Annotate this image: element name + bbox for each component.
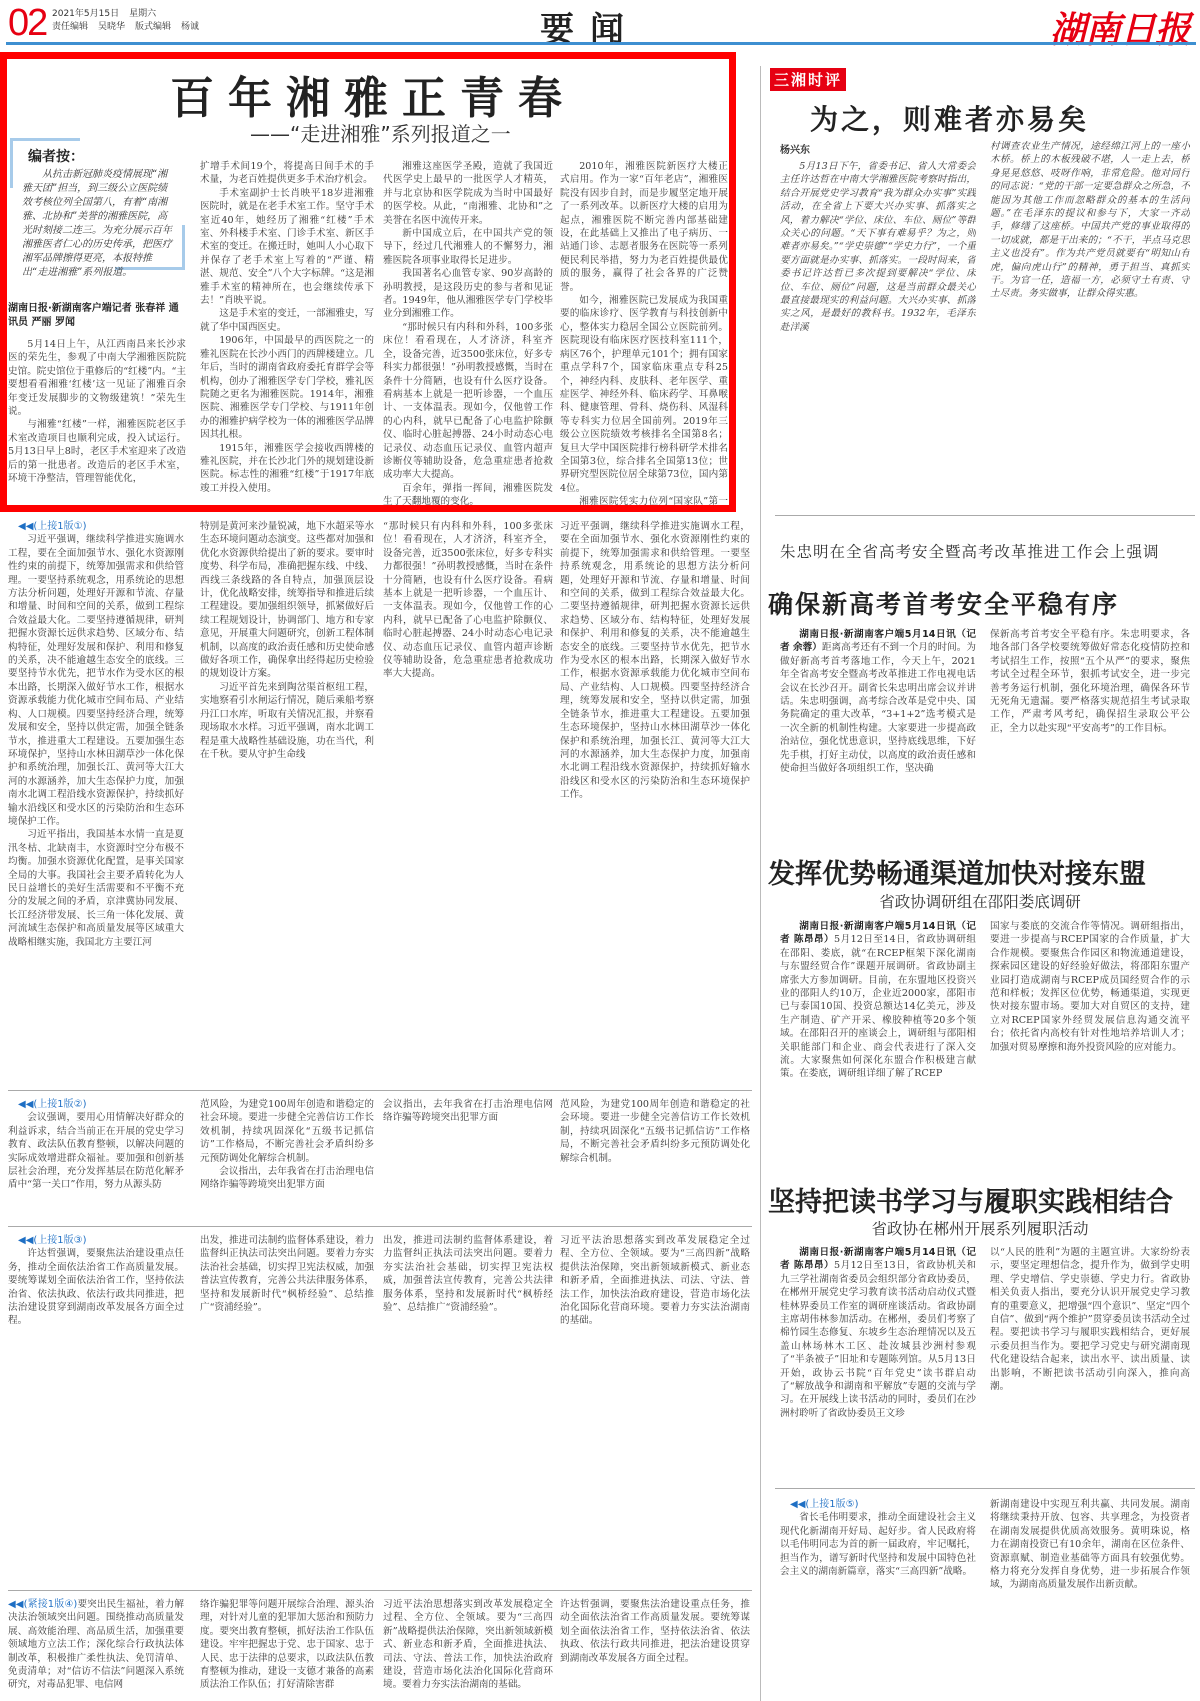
lead-column-2: 扩增手术间19个，将提高日间手术的手术量，为老百姓提供更多手术治疗机会。 手术室…: [200, 160, 374, 506]
news2-headline: 发挥优势畅通渠道加快对接东盟: [768, 852, 1146, 891]
lead-headline: 百年湘雅正青春: [170, 62, 576, 126]
masthead-logo: 湖南日报: [1050, 2, 1190, 53]
paragraph: 出发，推进司法制约监督体系建设，着力监督纠正执法司法突出问题。要着力夯实法治社会…: [383, 1234, 553, 1314]
lead-column-3: 湘雅这座医学圣殿，造就了我国近代医学史上最早的一批医学人才精英，并与北京协和医学…: [383, 160, 553, 506]
news1-column-1: 湖南日报·新湖南客户端5月14日讯（记者 余蓉）距离高考还有不到一个月的时间。为…: [780, 628, 976, 818]
news3-headline: 坚持把读书学习与履职实践相结合: [768, 1180, 1173, 1219]
divider: [8, 1590, 752, 1591]
article4-column-2: 络诈骗犯罪等问题开展综合治理、源头治理，对针对儿童的犯罪加大惩治和预防力度。要突…: [200, 1598, 374, 1701]
paragraph: 2010年，湘雅医院新医疗大楼正式启用。作为一家“百年老店”，湘雅医院没有因步自…: [560, 160, 728, 294]
news3-subheadline: 省政协在郴州开展系列履职活动: [760, 1217, 1200, 1239]
paragraph: 特别是黄河来沙量锐减，地下水超采等水生态环境问题动态演变。这些都对加强和优化水资…: [200, 520, 374, 681]
article1-column-1: ◀◀(上接1版①) 习近平强调，继续科学推进实施调水工程，要在全面加强节水、强化…: [8, 520, 184, 1072]
article3-column-1: ◀◀(上接1版③) 许达哲强调，要聚焦法治建设重点任务，推动全面依法治省工作高质…: [8, 1234, 184, 1584]
divider: [775, 1488, 1195, 1489]
news4-column-1: ◀◀(上接1版⑤) 省长毛伟明要求，推动全面建设社会主义现代化新湖南开好局、起好…: [780, 1498, 976, 1701]
header-rule: [6, 42, 1196, 45]
divider: [775, 515, 1195, 516]
lead-top-band: [0, 52, 736, 59]
paragraph: 5月13日下午，省委书记、省人大常委会主任许达哲在中南大学湘雅医院考察时指出，结…: [780, 160, 976, 334]
paragraph: 湖南日报·新湖南客户端5月14日讯（记者 陈昂昂）5月12日至13日，省政协机关…: [780, 1246, 976, 1420]
paragraph: 扩增手术间19个，将提高日间手术的手术量，为老百姓提供更多手术治疗机会。: [200, 160, 374, 187]
paragraph: ◀◀(紧接1版④)要突出民生福祉，着力解决法治领域突出问题。围绕推动高质量发展、…: [8, 1598, 184, 1692]
paragraph: 习近平强调，继续科学推进实施调水工程，要在全面加强节水、强化水资源刚性约束的前提…: [8, 533, 184, 828]
continuation-label: ◀◀(上接1版③): [8, 1234, 184, 1247]
paragraph: 湖南日报·新湖南客户端5月14日讯（记者 陈昂昂）5月12日至14日，省政协调研…: [780, 920, 976, 1081]
article2-column-1: ◀◀(上接1版②) 会议强调，要用心用情解决好群众的利益诉求，结合当前正在开展的…: [8, 1098, 184, 1220]
commentary-column-2: 村调查农业生产情况，途经绵江河上的一座小木桥。桥上的木板残破不堪，人一走上去，桥…: [990, 140, 1190, 500]
article4-column-1: ◀◀(紧接1版④)要突出民生福祉，着力解决法治领域突出问题。围绕推动高质量发展、…: [8, 1598, 184, 1701]
editor-note-heading: 编者按：: [28, 146, 84, 166]
paragraph: 会议指出，去年我省在打击治理电信网络诈骗等跨境突出犯罪方面: [383, 1098, 553, 1125]
commentary-tag: 三湘时评: [770, 68, 846, 91]
article2-column-4: 范风险，为建党100周年创造和谐稳定的社会环境。要进一步健全完善信访工作长效机制…: [560, 1098, 750, 1220]
page-header: 02 2021年5月15日星期六 责任编辑吴晓华版式编辑杨诚 要闻 湖南日报: [0, 0, 1200, 48]
lead-column-4: 2010年，湘雅医院新医疗大楼正式启用。作为一家“百年老店”，湘雅医院没有因步自…: [560, 160, 728, 506]
lead-subheadline: ——“走进湘雅”系列报道之一: [250, 118, 511, 147]
news2-column-1: 湖南日报·新湖南客户端5月14日讯（记者 陈昂昂）5月12日至14日，省政协调研…: [780, 920, 976, 1152]
news3-column-1: 湖南日报·新湖南客户端5月14日讯（记者 陈昂昂）5月12日至13日，省政协机关…: [780, 1246, 976, 1480]
paragraph: 湘雅这座医学圣殿，造就了我国近代医学史上最早的一批医学人才精英，并与北京协和医学…: [383, 160, 553, 227]
news2-subheadline: 省政协调研组在邵阳娄底调研: [760, 890, 1200, 912]
paragraph: 新中国成立后，在中国共产党的领导下，经过几代湘雅人的不懈努力，湘雅医院各项事业取…: [383, 227, 553, 267]
paragraph: 会议指出，去年我省在打击治理电信网络诈骗等跨境突出犯罪方面: [200, 1165, 374, 1192]
continuation-label: ◀◀(上接1版⑤): [780, 1498, 976, 1511]
paragraph: 与湘雅“红楼”一样，湘雅医院老区手术室改造项目也顺利完成，投入试运行。5月13日…: [8, 418, 186, 485]
news1-column-2: 保新高考首考安全平稳有序。朱忠明要求，各地各部门各学校要统筹做好常态化疫情防控和…: [990, 628, 1190, 818]
paragraph: 保新高考首考安全平稳有序。朱忠明要求，各地各部门各学校要统筹做好常态化疫情防控和…: [990, 628, 1190, 735]
editor-name: 吴晓华: [98, 22, 125, 32]
layout-editor-name: 杨诚: [181, 22, 199, 32]
paragraph: 新湖南建设中实现互利共赢、共同发展。湖南将继续秉持开放、包容、共享理念，为投资者…: [990, 1498, 1190, 1592]
paragraph: 习近平强调，继续科学推进实施调水工程，要在全面加强节水、强化水资源刚性约束的前提…: [560, 520, 750, 802]
paragraph: “那时候只有内科和外科，100多张床位！看看现在，人才济济，科室齐全，设备完善，…: [383, 520, 553, 681]
article3-column-4: 习近平法治思想落实到改革发展稳定全过程、全方位、全领域。要为“三高四新”战略提供…: [560, 1234, 750, 1584]
commentary-column-1: 5月13日下午，省委书记、省人大常委会主任许达哲在中南大学湘雅医院考察时指出，结…: [780, 160, 976, 500]
lead-byline: 湖南日报·新湖南客户端记者 张春祥 通讯员 严丽 罗闻: [8, 302, 188, 330]
paragraph: “那时候只有内科和外科，100多张床位！看看现在，人才济济，科室齐全，设备完善，…: [383, 321, 553, 482]
article4-column-3: 习近平法治思想落实到改革发展稳定全过程、全方位、全领域。要为“三高四新”战略提供…: [383, 1598, 553, 1701]
paragraph: 习近平法治思想落实到改革发展稳定全过程、全方位、全领域。要为“三高四新”战略提供…: [383, 1598, 553, 1692]
article1-column-4: 习近平强调，继续科学推进实施调水工程，要在全面加强节水、强化水资源刚性约束的前提…: [560, 520, 750, 1072]
paragraph: 1915年，湘雅医学会接收西牌楼的雅礼医院，并在长沙北门外的规划建设新医院。标志…: [200, 442, 374, 496]
paragraph: 习近平指出，我国基本水情一直是夏汛冬枯、北缺南丰，水资源时空分布极不均衡。加强水…: [8, 828, 184, 949]
article1-column-2: 特别是黄河来沙量锐减，地下水超采等水生态环境问题动态演变。这些都对加强和优化水资…: [200, 520, 374, 1072]
continuation-label: ◀◀(紧接1版④): [8, 1599, 77, 1610]
continuation-label: ◀◀(上接1版②): [8, 1098, 184, 1111]
paragraph: 出发，推进司法制约监督体系建设，着力监督纠正执法司法突出问题。要着力夯实法治社会…: [200, 1234, 374, 1314]
paragraph: 如今，湘雅医院已发展成为我国重要的临床诊疗、医学教育与科技创新中心，整体实力稳居…: [560, 294, 728, 495]
lead-column-1: 5月14日上午，从江西南昌来长沙求医的荣先生，参观了中南大学湘雅医院院史馆。院史…: [8, 338, 186, 506]
layout-label: 版式编辑: [135, 22, 171, 32]
paragraph: 许达哲强调，要聚焦法治建设重点任务，推动全面依法治省工作高质量发展。要统筹谋划全…: [560, 1598, 750, 1665]
paragraph: 会议强调，要用心用情解决好群众的利益诉求，结合当前正在开展的党史学习教育、政法队…: [8, 1111, 184, 1191]
news3-column-2: 以“人民的胜利”为题的主题宣讲。大家纷纷表示，要坚定理想信念，提升作为，做到学史…: [990, 1246, 1190, 1480]
paragraph: 习近平法治思想落实到改革发展稳定全过程、全方位、全领域。要为“三高四新”战略提供…: [560, 1234, 750, 1328]
paragraph: 百余年，弹指一挥间，湘雅医院发生了天翻地覆的变化。: [383, 482, 553, 506]
paragraph: 手术室副护士长肖映平18岁进湘雅医院时，就是在老手术室工作。坚守手术室近40年，…: [200, 187, 374, 308]
news1-headline: 确保新高考首考安全平稳有序: [768, 585, 1119, 621]
paragraph: 络诈骗犯罪等问题开展综合治理、源头治理，对针对儿童的犯罪加大惩治和预防力度。要突…: [200, 1598, 374, 1692]
page-number: 02: [8, 6, 46, 40]
column-separator: [760, 66, 761, 1701]
paragraph: 湘雅医院凭实力位列“国家队”第一方阵，实至名归。: [560, 495, 728, 506]
editor-note-text: 从抗击新冠肺炎疫情展现“湘雅天团”担当，到三级公立医院绩效考核位列全国第八，有着…: [22, 168, 174, 280]
commentary-author: 杨兴东: [780, 141, 810, 156]
paragraph: 习近平首先来到陶岔渠首枢纽工程，实地察看引水闸运行情况，随后乘船考察丹江口水库，…: [200, 681, 374, 761]
paragraph: 5月14日上午，从江西南昌来长沙求医的荣先生，参观了中南大学湘雅医院院史馆。院史…: [8, 338, 186, 418]
article2-column-3: 会议指出，去年我省在打击治理电信网络诈骗等跨境突出犯罪方面: [383, 1098, 553, 1220]
continuation-label: ◀◀(上接1版①): [8, 520, 184, 533]
article4-column-4: 许达哲强调，要聚焦法治建设重点任务，推动全面依法治省工作高质量发展。要统筹谋划全…: [560, 1598, 750, 1701]
paragraph: 范风险，为建党100周年创造和谐稳定的社会环境。要进一步健全完善信访工作长效机制…: [560, 1098, 750, 1165]
article3-column-2: 出发，推进司法制约监督体系建设，着力监督纠正执法司法突出问题。要着力夯实法治社会…: [200, 1234, 374, 1584]
divider: [8, 1226, 752, 1227]
editor-label: 责任编辑: [52, 22, 88, 32]
paragraph: 村调查农业生产情况，途经绵江河上的一座小木桥。桥上的木板残破不堪，人一走上去，桥…: [990, 140, 1190, 301]
article3-column-3: 出发，推进司法制约监督体系建设，着力监督纠正执法司法突出问题。要着力夯实法治社会…: [383, 1234, 553, 1584]
issue-meta: 2021年5月15日星期六 责任编辑吴晓华版式编辑杨诚: [52, 8, 209, 34]
paragraph: 湖南日报·新湖南客户端5月14日讯（记者 余蓉）距离高考还有不到一个月的时间。为…: [780, 628, 976, 775]
issue-weekday: 星期六: [129, 9, 156, 19]
paragraph: 这是手术室的变迁，一部湘雅史，写就了华中国西医史。: [200, 307, 374, 334]
news1-kicker: 朱忠明在全省高考安全暨高考改革推进工作会上强调: [780, 542, 1200, 563]
paragraph: 1906年，中国最早的西医院之一的雅礼医院在长沙小西门的西牌楼建立。几年后，当时…: [200, 334, 374, 441]
paragraph: 许达哲强调，要聚焦法治建设重点任务，推动全面依法治省工作高质量发展。要统筹谋划全…: [8, 1247, 184, 1327]
article1-column-3: “那时候只有内科和外科，100多张床位！看看现在，人才济济，科室齐全，设备完善，…: [383, 520, 553, 1072]
paragraph: 省长毛伟明要求，推动全面建设社会主义现代化新湖南开好局、起好步。省人民政府将以毛…: [780, 1511, 976, 1578]
paragraph: 以“人民的胜利”为题的主题宣讲。大家纷纷表示，要坚定理想信念，提升作为，做到学史…: [990, 1246, 1190, 1393]
issue-date: 2021年5月15日: [52, 9, 119, 19]
paragraph: 范风险，为建党100周年创造和谐稳定的社会环境。要进一步健全完善信访工作长效机制…: [200, 1098, 374, 1165]
paragraph: 国家与娄底的交流合作等情况。调研组指出，要进一步提高与RCEP国家的合作质量，扩…: [990, 920, 1190, 1054]
divider: [8, 1090, 752, 1091]
paragraph: 我国著名心血管专家、90岁高龄的孙明教授，是这段历史的参与者和见证者。1949年…: [383, 267, 553, 321]
news2-column-2: 国家与娄底的交流合作等情况。调研组指出，要进一步提高与RCEP国家的合作质量，扩…: [990, 920, 1190, 1152]
article2-column-2: 范风险，为建党100周年创造和谐稳定的社会环境。要进一步健全完善信访工作长效机制…: [200, 1098, 374, 1220]
commentary-headline: 为之，则难者亦易矣: [810, 98, 1089, 138]
news4-column-2: 新湖南建设中实现互利共赢、共同发展。湖南将继续秉持开放、包容、共享理念，为投资者…: [990, 1498, 1190, 1701]
